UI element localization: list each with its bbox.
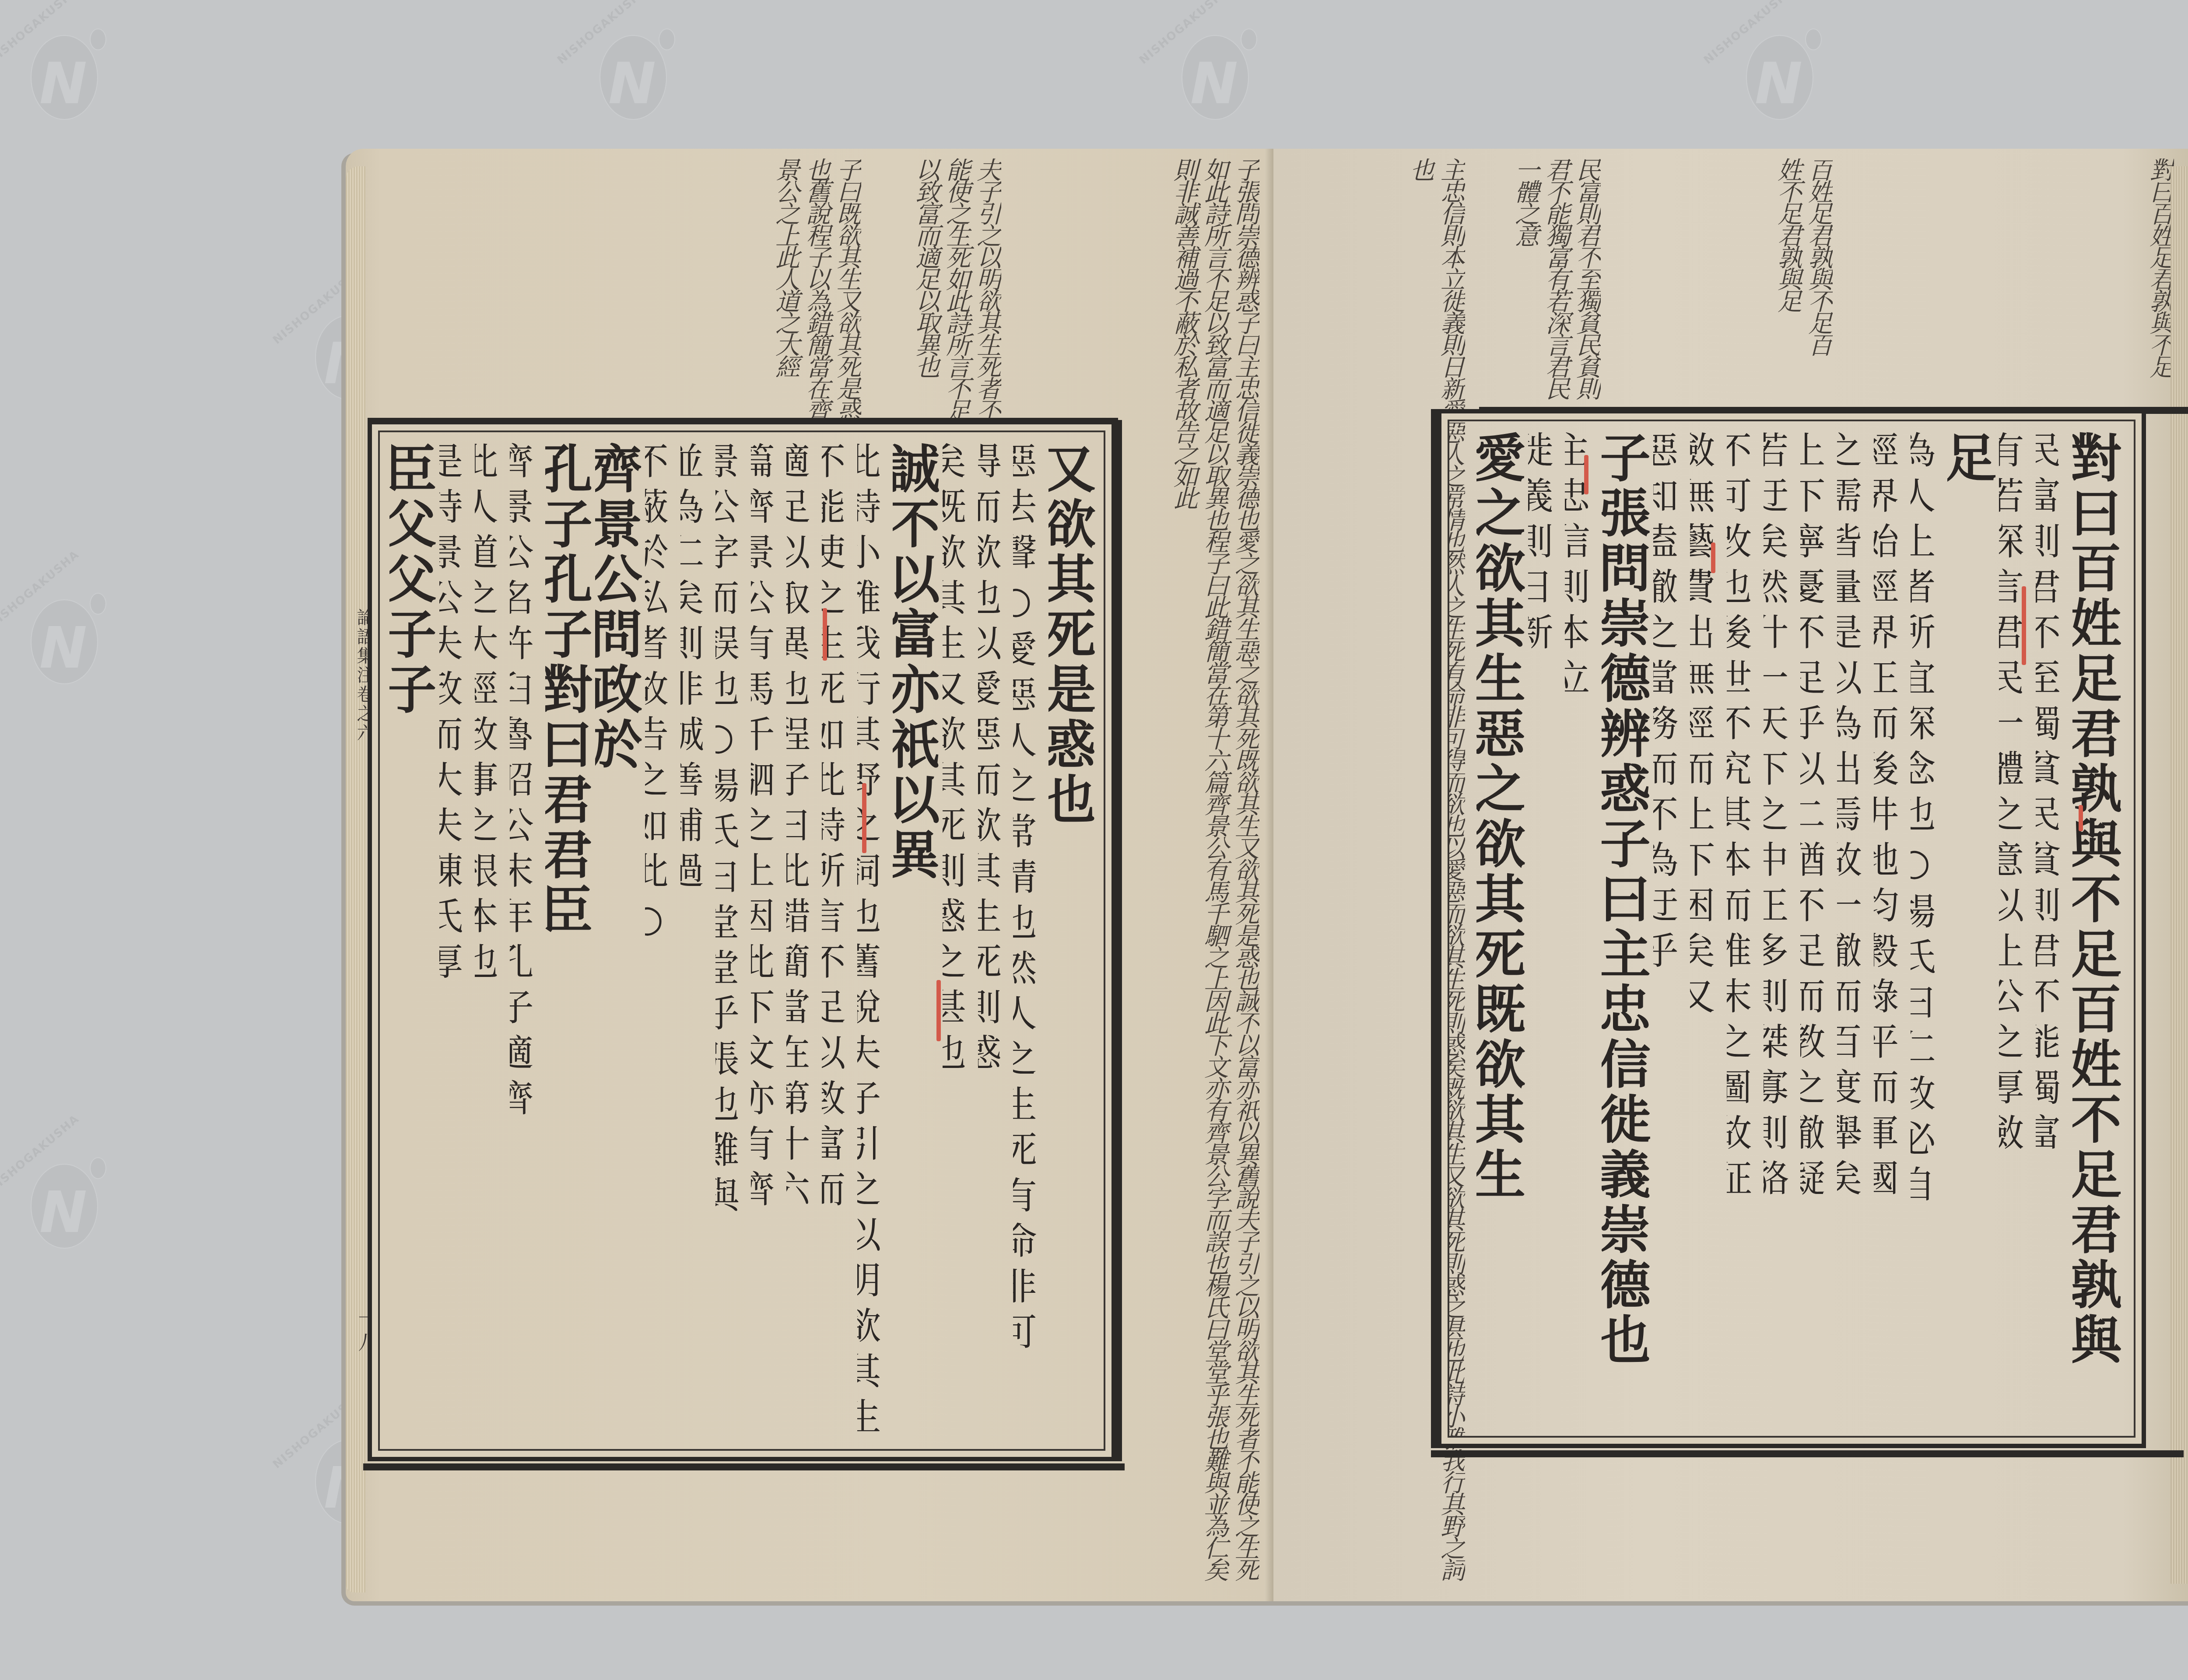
left-text-frame: 又欲其死是惑也惡去聲○愛惡人之常情也然人之生死有命非可得而欲也以愛惡而欲其生死則… [368, 420, 1122, 1461]
right-text-column: 斂無藝費出無經而上下困矣又 [1690, 431, 1727, 1431]
right-bottom-rule [1431, 1450, 2184, 1457]
right-text-column: 惡知盍徹之當務而不為迂乎 [1653, 431, 1690, 1431]
watermark-logo: NNISHOGAKUSHA [582, 9, 696, 122]
margin-note-right-3: 百姓足君孰與不足百姓不足君孰與足 [1733, 157, 1834, 367]
red-annotation-mark [823, 608, 827, 661]
right-text-frame: 對曰百姓足君孰與不足百姓不足君孰與民富則君不至獨貧民貧則君不能獨富有若深言君民一… [1431, 409, 2146, 1448]
right-page-edges [2170, 166, 2188, 1584]
red-annotation-mark [1584, 455, 1588, 494]
right-text-columns: 對曰百姓足君孰與不足百姓不足君孰與民富則君不至獨貧民貧則君不能獨富有若深言君民一… [1455, 431, 2124, 1431]
left-text-column: 是時景公失政而大夫陳氏厚 [439, 442, 475, 1444]
margin-note-right-2: 民富則君不至獨貧民貧則君不能獨富有若深言君民一體之意 [1479, 157, 1602, 411]
left-text-column: 不蔽於私者故告之如此○ [645, 442, 680, 1444]
left-text-column: 不能使之生死如此詩所言不足以致富而 [822, 442, 857, 1444]
left-text-column: 得而欲也以愛惡而欲其生死則惑 [978, 442, 1013, 1444]
right-text-column: 上下寧憂不足乎以二猶不足而教之徹疑 [1800, 431, 1837, 1431]
left-text-column: 齊景公名杵臼魯昭公末年孔子適齊 [510, 442, 545, 1444]
red-annotation-mark [862, 783, 866, 853]
right-text-column: 有若深言君民一體之意以止公之厚斂 [1999, 431, 2036, 1431]
right-text-column: 足 [1947, 431, 1999, 1431]
right-text-column: 經界始經界正而後井地均穀祿平而軍國 [1874, 431, 1911, 1431]
right-text-column: 不可改也後世不究其本而惟末之圖故征 [1727, 431, 1764, 1431]
left-text-column: 篇齊景公有馬千駟之上因此下文亦有齊 [751, 442, 786, 1444]
right-text-column: 愛之欲其生惡之欲其死既欲其生 [1476, 431, 1528, 1431]
right-page: 主忠信則本立徙義則日新愛惡人之常情也然人之生死有命非可得而欲也以愛惡而欲其生死則… [1273, 149, 2188, 1601]
margin-note-left-1: 子曰既欲其生又欲其死是惑也舊說程子以為錯簡當在齊景公之上此人道之大經 [740, 157, 862, 429]
right-text-column: 民富則君不至獨貧民貧則君不能獨富 [2036, 431, 2072, 1431]
margin-note-left-2: 夫子引之以明欲其生死者不能使之生死如此詩所言不足以致富而適足以取異也 [871, 157, 1002, 429]
red-annotation-mark [2079, 805, 2083, 831]
left-text-column: 矣既欲其生又欲其死則惑之甚也 [943, 442, 978, 1444]
left-page-edges [346, 166, 365, 1592]
left-text-column: 又欲其死是惑也 [1048, 442, 1098, 1444]
left-text-column: 並為仁矣則非誠善補過 [680, 442, 716, 1444]
left-text-column: 臣父父子子 [389, 442, 439, 1444]
left-text-column: 誠不以富亦祇以異 [893, 442, 943, 1444]
left-text-column: 惡去聲○愛惡人之常情也然人之生死有命非可 [1013, 442, 1048, 1444]
right-text-column: 徙義則日新 [1528, 431, 1565, 1431]
right-text-column: 主忠信則本立 [1565, 431, 1602, 1431]
red-annotation-mark [2022, 586, 2026, 665]
right-text-column: 為人上者所宜深念也○楊氏曰仁政必自 [1911, 431, 1947, 1431]
right-text-column: 之需皆量是以為出焉故一徹而百度舉矣 [1837, 431, 1874, 1431]
watermark-logo: NNISHOGAKUSHA [13, 9, 127, 122]
left-text-column: 此人道之大經政事之根本也 [475, 442, 510, 1444]
watermark-logo: NNISHOGAKUSHA [1729, 9, 1842, 122]
left-text-column: 孔子孔子對曰君君臣 [545, 442, 595, 1444]
left-text-column: 此詩小雅我行其野之詞也舊說夫子引之以明欲其生死者 [857, 442, 893, 1444]
watermark-logo: NNISHOGAKUSHA [13, 1137, 127, 1251]
open-book: 論語集注卷之六 十八 子曰既欲其生又欲其死是惑也舊說程子以為錯簡當在齊景公之上此… [346, 149, 2188, 1601]
right-text-column: 若迂矣然什一天下之中正多則桀寡則貉 [1764, 431, 1800, 1431]
left-page: 論語集注卷之六 十八 子曰既欲其生又欲其死是惑也舊說程子以為錯簡當在齊景公之上此… [346, 149, 1273, 1601]
watermark-logo: NNISHOGAKUSHA [13, 573, 127, 687]
watermark-logo: NNISHOGAKUSHA [1164, 9, 1278, 122]
left-text-columns: 又欲其死是惑也惡去聲○愛惡人之常情也然人之生死有命非可得而欲也以愛惡而欲其生死則… [389, 442, 1098, 1444]
margin-note-right-4: 對曰百姓足君孰與不足 [2052, 157, 2175, 385]
right-text-column: 子張問崇德辨惑子曰主忠信徙義崇德也 [1602, 431, 1653, 1431]
left-text-column: 齊景公問政於 [595, 442, 645, 1444]
left-text-column: 適足以取異也程子曰此錯簡當在第十六 [786, 442, 822, 1444]
left-bottom-rule [363, 1463, 1125, 1470]
left-text-column: 景公字而誤也○楊氏曰堂堂乎張也難與 [715, 442, 751, 1444]
red-annotation-mark [936, 980, 941, 1041]
right-text-column: 對曰百姓足君孰與不足百姓不足君孰與 [2072, 431, 2124, 1431]
red-annotation-mark [1711, 542, 1715, 573]
